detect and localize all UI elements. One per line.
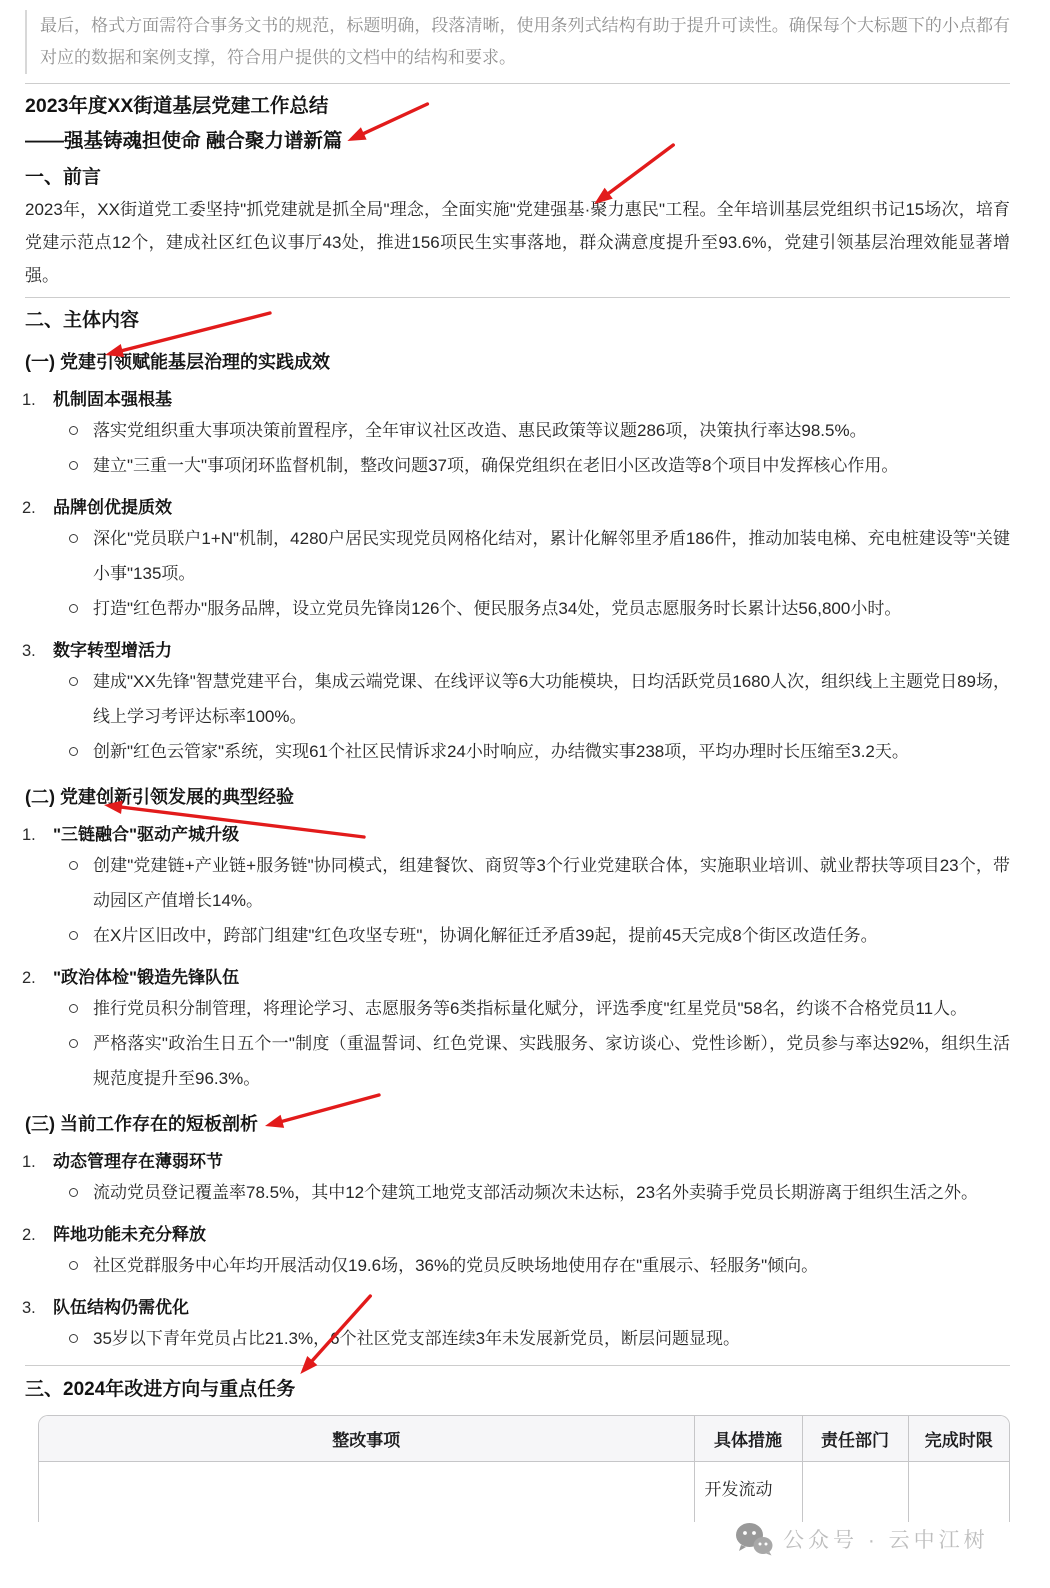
bullet-text: 建立"三重一大"事项闭环监督机制，整改问题37项，确保党组织在老旧小区改造等8个… [93, 448, 1010, 483]
sub1-heading: (一) 党建引领赋能基层治理的实践成效 [25, 349, 1010, 375]
bullet-item: 流动党员登记覆盖率78.5%，其中12个建筑工地党支部活动频次未达标，23名外卖… [25, 1175, 1010, 1210]
bullet-item: 推行党员积分制管理，将理论学习、志愿服务等6类指标量化赋分，评选季度"红星党员"… [25, 991, 1010, 1026]
bullet-text: 建成"XX先锋"智慧党建平台，集成云端党课、在线评议等6大功能模块，日均活跃党员… [93, 664, 1010, 734]
list-item-heading: 1.动态管理存在薄弱环节 [22, 1149, 1010, 1175]
table-row: 开发流动 [39, 1462, 1009, 1523]
tasks-table: 整改事项 具体措施 责任部门 完成时限 开发流动 [38, 1415, 1010, 1522]
bullet-marker-icon [69, 426, 78, 435]
document-body: 最后，格式方面需符合事务文书的规范，标题明确，段落清晰，使用条列式结构有助于提升… [0, 10, 1050, 1522]
list-item-title: 动态管理存在薄弱环节 [53, 1149, 223, 1175]
cell-measure: 开发流动 [694, 1462, 802, 1523]
list-item-number: 2. [22, 495, 53, 521]
list-item-title: 数字转型增活力 [53, 638, 172, 664]
list-item-heading: 2.阵地功能未充分释放 [22, 1222, 1010, 1248]
bullet-item: 打造"红色帮办"服务品牌，设立党员先锋岗126个、便民服务点34处，党员志愿服务… [25, 591, 1010, 626]
bullet-marker-icon [69, 1261, 78, 1270]
intro-heading-text: 一、前言 [25, 167, 101, 188]
ai-note-block: 最后，格式方面需符合事务文书的规范，标题明确，段落清晰，使用条列式结构有助于提升… [25, 10, 1010, 74]
intro-heading: 一、前言 [25, 164, 1010, 191]
divider-body [25, 297, 1010, 298]
sub3-heading: (三) 当前工作存在的短板剖析 [25, 1111, 1010, 1137]
list-item-heading: 2.品牌创优提质效 [22, 495, 1010, 521]
bullet-marker-icon [69, 1188, 78, 1197]
wechat-icon [735, 1522, 773, 1556]
cell-dept [802, 1462, 908, 1523]
bullet-marker-icon [69, 604, 78, 613]
bullet-marker-icon [69, 461, 78, 470]
doc-subtitle: ——强基铸魂担使命 融合聚力谱新篇 [25, 128, 1010, 155]
list-item-title: 机制固本强根基 [53, 387, 172, 413]
bullet-text: 流动党员登记覆盖率78.5%，其中12个建筑工地党支部活动频次未达标，23名外卖… [93, 1175, 1010, 1210]
bullet-item: 落实党组织重大事项决策前置程序，全年审议社区改造、惠民政策等议题286项，决策执… [25, 413, 1010, 448]
col-header-measure: 具体措施 [694, 1416, 802, 1462]
bullet-marker-icon [69, 1334, 78, 1343]
list-item-number: 2. [22, 965, 53, 991]
cell-item [39, 1462, 694, 1523]
doc-title: 2023年度XX街道基层党建工作总结 [25, 93, 1010, 120]
bullet-marker-icon [69, 931, 78, 940]
doc-title-text: 2023年度XX街道基层党建工作总结 [25, 95, 328, 117]
list-item-heading: 1."三链融合"驱动产城升级 [22, 822, 1010, 848]
bullet-marker-icon [69, 1004, 78, 1013]
bullet-item: 社区党群服务中心年均开展活动仅19.6场，36%的党员反映场地使用存在"重展示、… [25, 1248, 1010, 1283]
list-item-number: 1. [22, 822, 53, 848]
tasks-table-grid: 整改事项 具体措施 责任部门 完成时限 开发流动 [39, 1416, 1009, 1522]
bullet-text: 推行党员积分制管理，将理论学习、志愿服务等6类指标量化赋分，评选季度"红星党员"… [93, 991, 1010, 1026]
ai-note-text: 最后，格式方面需符合事务文书的规范，标题明确，段落清晰，使用条列式结构有助于提升… [40, 16, 1010, 67]
list-item-heading: 3.队伍结构仍需优化 [22, 1295, 1010, 1321]
sub1-heading-text: (一) 党建引领赋能基层治理的实践成效 [25, 352, 330, 372]
list-item-heading: 2."政治体检"锻造先锋队伍 [22, 965, 1010, 991]
tasks-heading-text: 三、2024年改进方向与重点任务 [25, 1379, 295, 1400]
bullet-item: 建成"XX先锋"智慧党建平台，集成云端党课、在线评议等6大功能模块，日均活跃党员… [25, 664, 1010, 734]
bullet-marker-icon [69, 534, 78, 543]
col-header-item: 整改事项 [39, 1416, 694, 1462]
bullet-text: 严格落实"政治生日五个一"制度（重温誓词、红色党课、实践服务、家访谈心、党性诊断… [93, 1026, 1010, 1096]
numbered-list-2: 1."三链融合"驱动产城升级创建"党建链+产业链+服务链"协同模式，组建餐饮、商… [25, 822, 1010, 1096]
bullet-marker-icon [69, 677, 78, 686]
article-page: 最后，格式方面需符合事务文书的规范，标题明确，段落清晰，使用条列式结构有助于提升… [0, 0, 1050, 1588]
watermark-text: 公众号 · 云中江树 [783, 1524, 989, 1554]
col-header-deadline: 完成时限 [908, 1416, 1009, 1462]
bullet-text: 在X片区旧改中，跨部门组建"红色攻坚专班"，协调化解征迁矛盾39起，提前45天完… [93, 918, 1010, 953]
bullet-marker-icon [69, 861, 78, 870]
list-item-number: 3. [22, 638, 53, 664]
list-item-title: "三链融合"驱动产城升级 [53, 822, 239, 848]
doc-subtitle-text: ——强基铸魂担使命 融合聚力谱新篇 [25, 130, 342, 152]
list-item-number: 1. [22, 387, 53, 413]
table-header-row: 整改事项 具体措施 责任部门 完成时限 [39, 1416, 1009, 1462]
bullet-item: 深化"党员联户1+N"机制，4280户居民实现党员网格化结对，累计化解邻里矛盾1… [25, 521, 1010, 591]
cell-deadline [908, 1462, 1009, 1523]
bullet-text: 落实党组织重大事项决策前置程序，全年审议社区改造、惠民政策等议题286项，决策执… [93, 413, 1010, 448]
sub2-heading-text: (二) 党建创新引领发展的典型经验 [25, 787, 294, 807]
bullet-text: 社区党群服务中心年均开展活动仅19.6场，36%的党员反映场地使用存在"重展示、… [93, 1248, 1010, 1283]
list-item-title: 队伍结构仍需优化 [53, 1295, 189, 1321]
bullet-marker-icon [69, 747, 78, 756]
list-item-title: 品牌创优提质效 [53, 495, 172, 521]
intro-pre-text: 2023年，XX街道党工委坚持"抓党建就是抓全局"理念，全面实施"党建强基· [25, 200, 590, 219]
bullet-item: 在X片区旧改中，跨部门组建"红色攻坚专班"，协调化解征迁矛盾39起，提前45天完… [25, 918, 1010, 953]
bullet-marker-icon [69, 1039, 78, 1048]
bullet-text: 创建"党建链+产业链+服务链"协同模式，组建餐饮、商贸等3个行业党建联合体，实施… [93, 848, 1010, 918]
divider-tasks [25, 1365, 1010, 1366]
list-item-number: 3. [22, 1295, 53, 1321]
intro-term-text: 聚力惠民 [590, 200, 659, 219]
list-item-title: "政治体检"锻造先锋队伍 [53, 965, 239, 991]
divider-top [25, 83, 1010, 84]
bullet-text: 35岁以下青年党员占比21.3%，6个社区党支部连续3年未发展新党员，断层问题显… [93, 1321, 1010, 1356]
bullet-text: 打造"红色帮办"服务品牌，设立党员先锋岗126个、便民服务点34处，党员志愿服务… [93, 591, 1010, 626]
bullet-item: 建立"三重一大"事项闭环监督机制，整改问题37项，确保党组织在老旧小区改造等8个… [25, 448, 1010, 483]
body-heading-text: 二、主体内容 [25, 310, 139, 331]
bullet-item: 35岁以下青年党员占比21.3%，6个社区党支部连续3年未发展新党员，断层问题显… [25, 1321, 1010, 1356]
bullet-text: 创新"红色云管家"系统，实现61个社区民情诉求24小时响应，办结微实事238项，… [93, 734, 1010, 769]
intro-paragraph: 2023年，XX街道党工委坚持"抓党建就是抓全局"理念，全面实施"党建强基·聚力… [25, 193, 1010, 292]
body-heading: 二、主体内容 [25, 307, 1010, 334]
list-item-number: 2. [22, 1222, 53, 1248]
sub3-heading-text: (三) 当前工作存在的短板剖析 [25, 1114, 258, 1134]
numbered-list-1: 1.机制固本强根基落实党组织重大事项决策前置程序，全年审议社区改造、惠民政策等议… [25, 387, 1010, 769]
list-item-heading: 3.数字转型增活力 [22, 638, 1010, 664]
bullet-item: 创新"红色云管家"系统，实现61个社区民情诉求24小时响应，办结微实事238项，… [25, 734, 1010, 769]
bullet-item: 严格落实"政治生日五个一"制度（重温誓词、红色党课、实践服务、家访谈心、党性诊断… [25, 1026, 1010, 1096]
col-header-dept: 责任部门 [802, 1416, 908, 1462]
list-item-heading: 1.机制固本强根基 [22, 387, 1010, 413]
tasks-heading: 三、2024年改进方向与重点任务 [25, 1376, 1010, 1403]
list-item-title: 阵地功能未充分释放 [53, 1222, 206, 1248]
list-item-number: 1. [22, 1149, 53, 1175]
watermark: 公众号 · 云中江树 [735, 1522, 989, 1556]
sub2-heading: (二) 党建创新引领发展的典型经验 [25, 784, 1010, 810]
bullet-item: 创建"党建链+产业链+服务链"协同模式，组建餐饮、商贸等3个行业党建联合体，实施… [25, 848, 1010, 918]
bullet-text: 深化"党员联户1+N"机制，4280户居民实现党员网格化结对，累计化解邻里矛盾1… [93, 521, 1010, 591]
numbered-list-3: 1.动态管理存在薄弱环节流动党员登记覆盖率78.5%，其中12个建筑工地党支部活… [25, 1149, 1010, 1356]
